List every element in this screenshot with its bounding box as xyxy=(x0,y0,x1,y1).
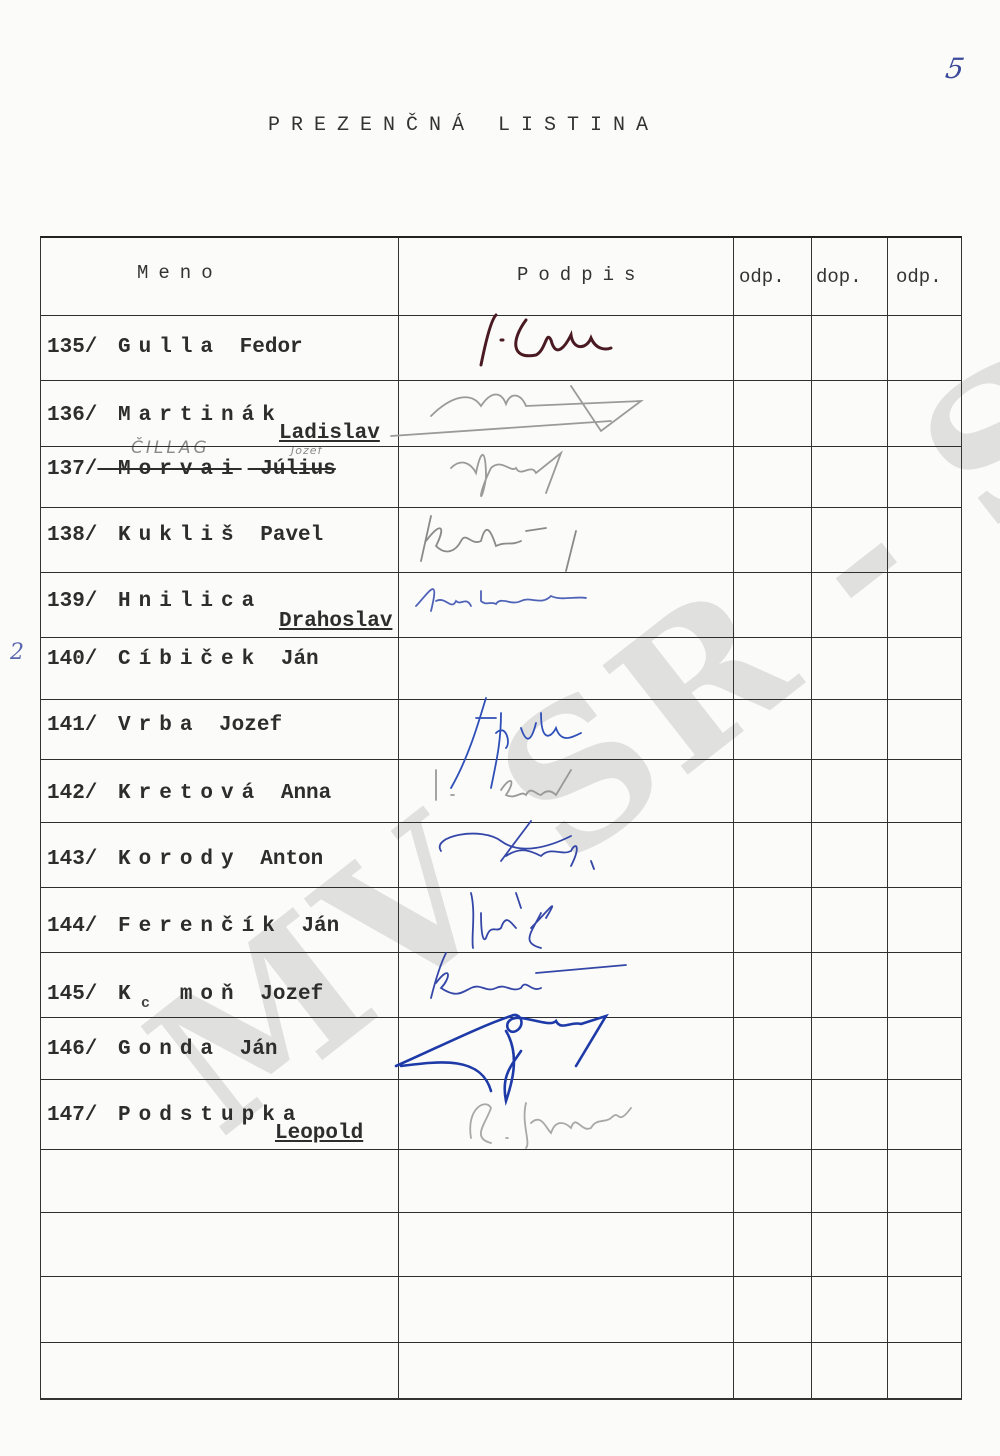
header-name: Meno xyxy=(137,262,223,284)
table-row: 144/ Ferenčík Ján xyxy=(47,915,339,938)
header-col4: dop. xyxy=(816,266,862,288)
surname: Morvai xyxy=(97,458,241,481)
column-divider xyxy=(398,238,399,1398)
table-row: 147/ PodstupkaLeopold xyxy=(47,1104,303,1127)
handwritten-signature xyxy=(431,1078,691,1178)
row-number: 137/ xyxy=(47,458,97,481)
row-number: 147/ xyxy=(47,1104,97,1127)
surname: Cíbiček xyxy=(97,648,262,671)
document-title: PREZENČNÁ LISTINA xyxy=(268,114,659,137)
handwritten-correction: ČILLAG xyxy=(131,438,210,458)
table-row: 140/ Cíbiček Ján xyxy=(47,648,319,671)
header-col3: odp. xyxy=(739,266,785,288)
row-number: 145/ xyxy=(47,983,97,1006)
inserted-letter: c xyxy=(141,995,150,1012)
row-divider xyxy=(41,1212,961,1213)
table-row: 145/ K moň Jozef xyxy=(47,983,323,1006)
surname: Korody xyxy=(97,848,241,871)
row-number: 141/ xyxy=(47,714,97,737)
row-number: 144/ xyxy=(47,915,97,938)
row-divider xyxy=(41,1276,961,1277)
table-row: 146/ Gonda Ján xyxy=(47,1038,277,1061)
given-name: Leopold xyxy=(275,1122,363,1145)
surname: Vrba xyxy=(97,714,200,737)
surname: Hnilica xyxy=(97,590,262,613)
surname: Kukliš xyxy=(97,524,241,547)
table-row: 138/ Kukliš Pavel xyxy=(47,524,323,547)
given-name: Anton xyxy=(248,848,324,871)
surname: Kretová xyxy=(97,782,262,805)
given-name: Pavel xyxy=(248,524,324,547)
surname: Gonda xyxy=(97,1038,221,1061)
given-name: Jozef xyxy=(248,983,324,1006)
given-name: Ján xyxy=(268,648,318,671)
margin-annotation: 2 xyxy=(10,640,24,665)
row-number: 136/ xyxy=(47,404,97,427)
handwritten-signature xyxy=(401,566,661,666)
table-row: 137/ Morvai Július xyxy=(47,458,336,481)
handwritten-page-number: 5 xyxy=(943,52,967,85)
surname: Podstupka xyxy=(97,1104,303,1127)
attendance-table: Meno Podpis odp. dop. odp. 135/ Gulla Fe… xyxy=(40,236,962,1400)
table-row: 143/ Korody Anton xyxy=(47,848,323,871)
table-row: 141/ Vrba Jozef xyxy=(47,714,282,737)
header-col5: odp. xyxy=(896,266,942,288)
row-number: 142/ xyxy=(47,782,97,805)
surname: Gulla xyxy=(97,336,221,359)
table-row: 135/ Gulla Fedor xyxy=(47,336,303,359)
given-name: Drahoslav xyxy=(279,610,392,633)
row-number: 139/ xyxy=(47,590,97,613)
row-divider xyxy=(41,1342,961,1343)
surname: Martinák xyxy=(97,404,282,427)
row-number: 138/ xyxy=(47,524,97,547)
row-number: 143/ xyxy=(47,848,97,871)
given-name: Jozef xyxy=(206,714,282,737)
table-row: 139/ HnilicaDrahoslav xyxy=(47,590,262,613)
surname: Ferenčík xyxy=(97,915,282,938)
header-signature: Podpis xyxy=(517,264,645,286)
row-number: 140/ xyxy=(47,648,97,671)
column-divider xyxy=(887,238,888,1398)
given-name: Július xyxy=(248,458,336,481)
table-row: 142/ Kretová Anna xyxy=(47,782,331,805)
given-name: Ján xyxy=(289,915,339,938)
row-number: 146/ xyxy=(47,1038,97,1061)
row-number: 135/ xyxy=(47,336,97,359)
given-name: Anna xyxy=(268,782,331,805)
column-divider xyxy=(733,238,734,1398)
table-row: 136/ MartinákLadislav xyxy=(47,404,283,427)
given-name: Ladislav xyxy=(279,422,380,445)
given-name: Ján xyxy=(227,1038,277,1061)
surname: K moň xyxy=(97,983,241,1006)
given-name: Fedor xyxy=(227,336,303,359)
column-divider xyxy=(811,238,812,1398)
